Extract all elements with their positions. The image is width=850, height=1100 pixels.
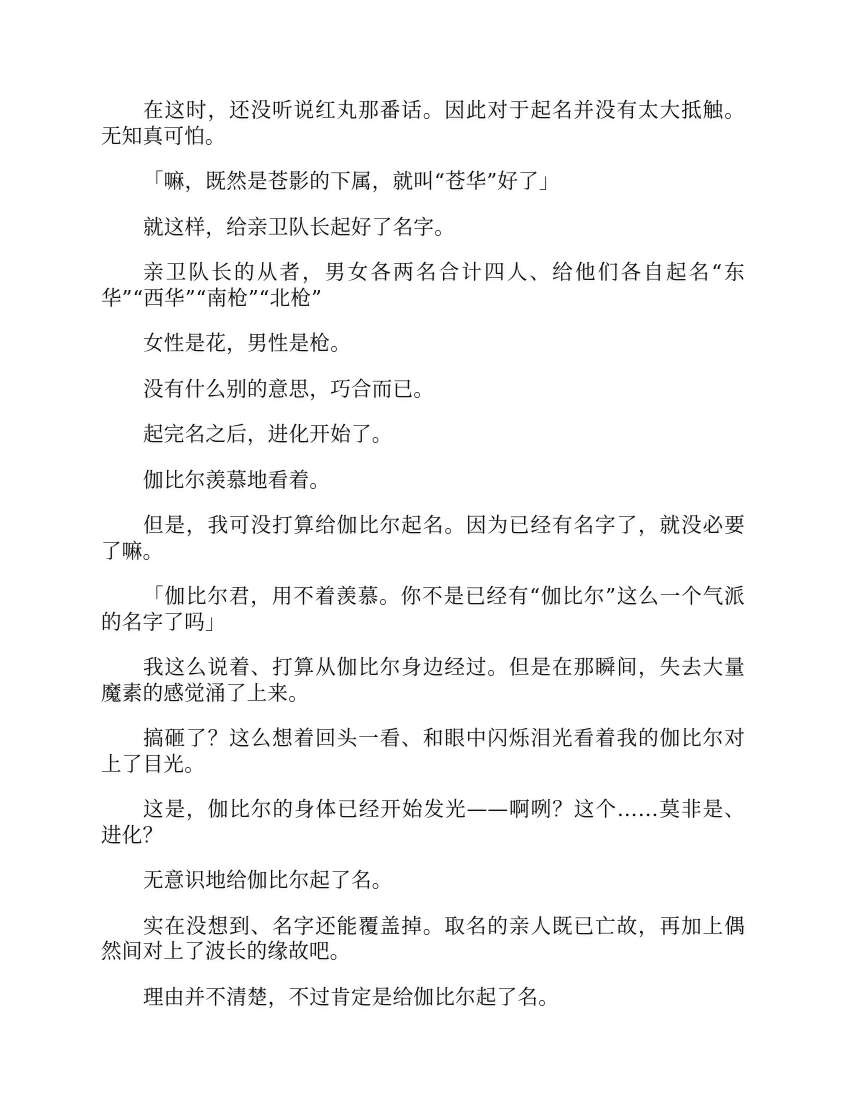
document-page: 在这时，还没听说红丸那番话。因此对于起名并没有太大抵触。无知真可怕。 「嘛，既然… bbox=[101, 98, 745, 1030]
paragraph: 没有什么别的意思，巧合而已。 bbox=[101, 377, 745, 403]
paragraph: 理由并不清楚，不过肯定是给伽比尔起了名。 bbox=[101, 985, 745, 1011]
paragraph: 实在没想到、名字还能覆盖掉。取名的亲人既已亡故，再加上偶然间对上了波长的缘故吧。 bbox=[101, 914, 745, 965]
paragraph: 我这么说着、打算从伽比尔身边经过。但是在那瞬间，失去大量魔素的感觉涌了上来。 bbox=[101, 655, 745, 706]
paragraph: 在这时，还没听说红丸那番话。因此对于起名并没有太大抵触。无知真可怕。 bbox=[101, 98, 745, 149]
paragraph: 女性是花，男性是枪。 bbox=[101, 331, 745, 357]
paragraph: 「嘛，既然是苍影的下属，就叫“苍华”好了」 bbox=[101, 169, 745, 195]
paragraph: 起完名之后，进化开始了。 bbox=[101, 422, 745, 448]
paragraph: 就这样，给亲卫队长起好了名字。 bbox=[101, 215, 745, 241]
paragraph: 无意识地给伽比尔起了名。 bbox=[101, 868, 745, 894]
paragraph: 这是，伽比尔的身体已经开始发光——啊咧？这个……莫非是、进化？ bbox=[101, 797, 745, 848]
paragraph: 亲卫队长的从者，男女各两名合计四人、给他们各自起名“东华”“西华”“南枪”“北枪… bbox=[101, 260, 745, 311]
paragraph: 搞砸了？这么想着回头一看、和眼中闪烁泪光看着我的伽比尔对上了目光。 bbox=[101, 726, 745, 777]
paragraph: 但是，我可没打算给伽比尔起名。因为已经有名字了，就没必要了嘛。 bbox=[101, 513, 745, 564]
paragraph: 「伽比尔君，用不着羡慕。你不是已经有“伽比尔”这么一个气派的名字了吗」 bbox=[101, 584, 745, 635]
paragraph: 伽比尔羡慕地看着。 bbox=[101, 468, 745, 494]
